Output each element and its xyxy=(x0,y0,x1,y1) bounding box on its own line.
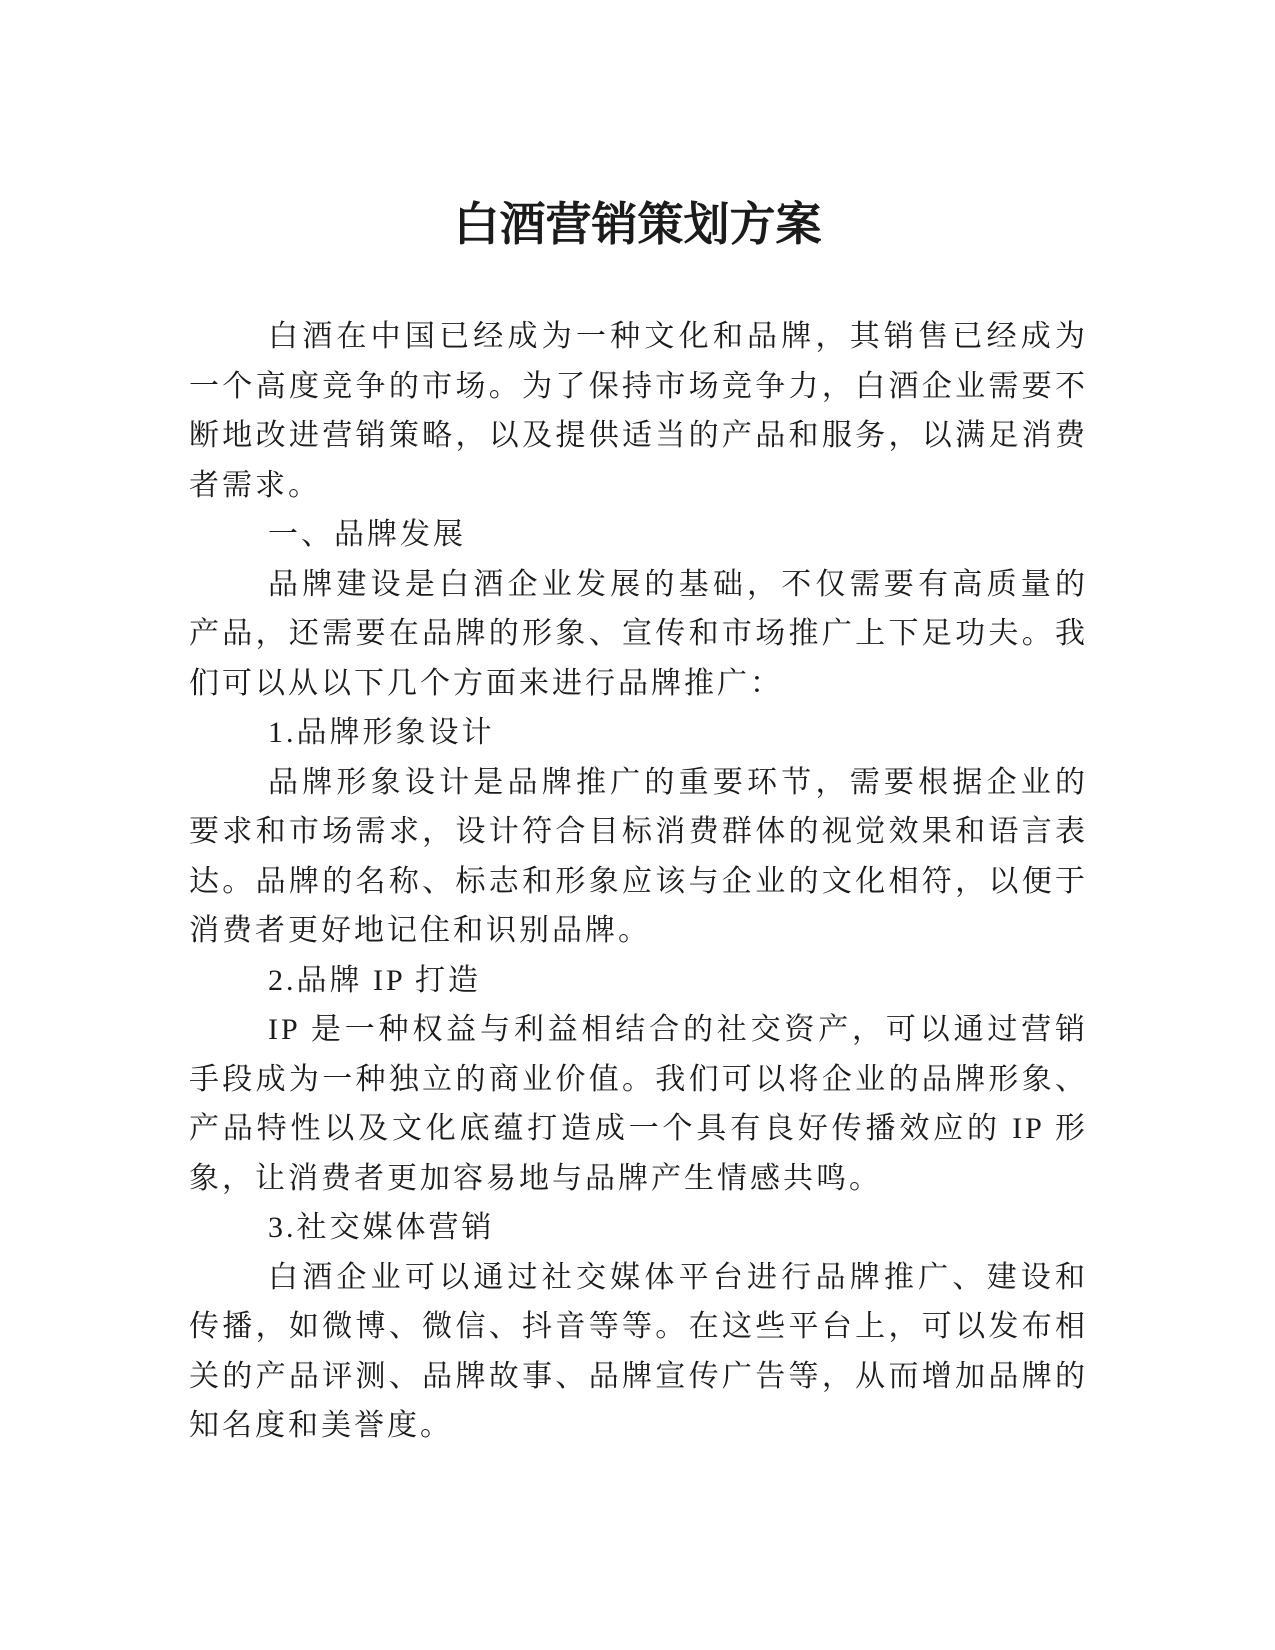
document-page: 白酒营销策划方案 白酒在中国已经成为一种文化和品牌，其销售已经成为一个高度竞争的… xyxy=(0,0,1275,1650)
paragraph-line: 消费者更好地记住和识别品牌。 xyxy=(189,906,1088,956)
paragraph-line: 传播，如微博、微信、抖音等等。在这些平台上，可以发布相 xyxy=(189,1302,1088,1352)
paragraph-line: 品牌建设是白酒企业发展的基础，不仅需要有高质量的 xyxy=(189,560,1088,610)
document-body: 白酒在中国已经成为一种文化和品牌，其销售已经成为一个高度竞争的市场。为了保持市场… xyxy=(189,312,1088,1451)
paragraph-line: 一个高度竞争的市场。为了保持市场竞争力，白酒企业需要不 xyxy=(189,362,1088,412)
document-title: 白酒营销策划方案 xyxy=(0,194,1275,256)
paragraph-line: 断地改进营销策略，以及提供适当的产品和服务，以满足消费 xyxy=(189,411,1088,461)
numbered-heading: 1.品牌形象设计 xyxy=(189,708,1088,758)
section-heading: 一、品牌发展 xyxy=(189,510,1088,560)
paragraph-line: 知名度和美誉度。 xyxy=(189,1401,1088,1451)
paragraph-line: 产品特性以及文化底蕴打造成一个具有良好传播效应的 IP 形 xyxy=(189,1104,1088,1154)
numbered-heading: 3.社交媒体营销 xyxy=(189,1203,1088,1253)
paragraph-line: 产品，还需要在品牌的形象、宣传和市场推广上下足功夫。我 xyxy=(189,609,1088,659)
paragraph-line: 手段成为一种独立的商业价值。我们可以将企业的品牌形象、 xyxy=(189,1055,1088,1105)
paragraph-line: IP 是一种权益与利益相结合的社交资产，可以通过营销 xyxy=(189,1005,1088,1055)
paragraph-line: 象，让消费者更加容易地与品牌产生情感共鸣。 xyxy=(189,1154,1088,1204)
paragraph-line: 要求和市场需求，设计符合目标消费群体的视觉效果和语言表 xyxy=(189,807,1088,857)
paragraph-line: 白酒在中国已经成为一种文化和品牌，其销售已经成为 xyxy=(189,312,1088,362)
paragraph-line: 达。品牌的名称、标志和形象应该与企业的文化相符，以便于 xyxy=(189,857,1088,907)
numbered-heading: 2.品牌 IP 打造 xyxy=(189,956,1088,1006)
paragraph-line: 们可以从以下几个方面来进行品牌推广： xyxy=(189,659,1088,709)
paragraph-line: 者需求。 xyxy=(189,461,1088,511)
paragraph-line: 关的产品评测、品牌故事、品牌宣传广告等，从而增加品牌的 xyxy=(189,1352,1088,1402)
paragraph-line: 品牌形象设计是品牌推广的重要环节，需要根据企业的 xyxy=(189,758,1088,808)
paragraph-line: 白酒企业可以通过社交媒体平台进行品牌推广、建设和 xyxy=(189,1253,1088,1303)
